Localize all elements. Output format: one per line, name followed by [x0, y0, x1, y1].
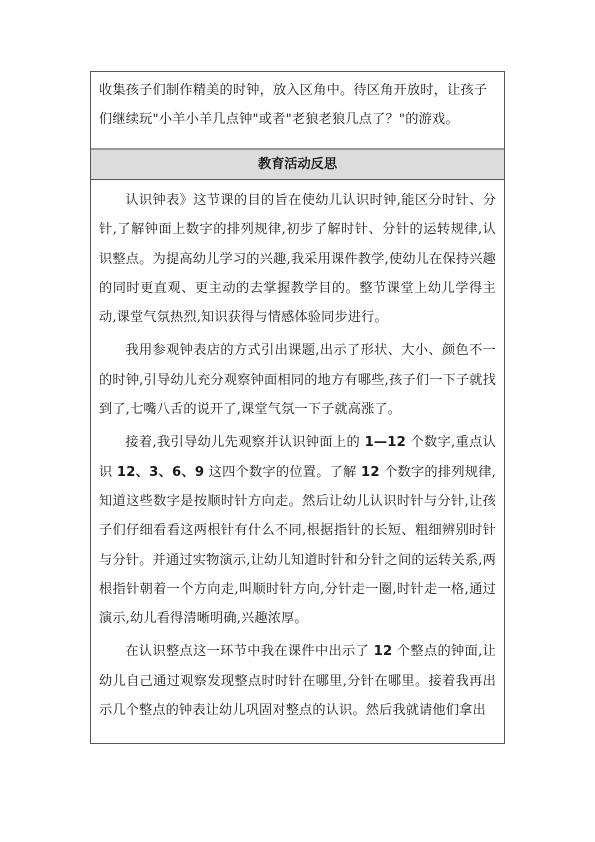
activity-extension-cell: 收集孩子们制作精美的时钟，放入区角中。待区角开放时，让孩子 们继续玩"小羊小羊几…: [91, 72, 504, 148]
text-line: 收集孩子们制作精美的时钟，放入区角中。待区角开放时，让孩子: [99, 76, 496, 105]
paragraph-4: 在认识整点这一环节中我在课件中出示了 12 个整点的钟面,让幼儿自己通过观察发现…: [99, 637, 496, 725]
text-segment: 接着,我引导幼儿先观察并认识钟面上的: [125, 435, 364, 450]
text-segment: 这四个数字的位置。了解: [204, 465, 361, 480]
paragraph-2: 我用参观钟表店的方式引出课题,出示了形状、大小、颜色不一的时钟,引导幼儿充分观察…: [99, 336, 496, 424]
paragraph-3: 接着,我引导幼儿先观察并认识钟面上的 1—12 个数字,重点认识 12、3、6、…: [99, 428, 496, 633]
text-segment: 个数字的排列规律,知道这些数字是按顺时针方向走。然后让幼儿认识时针与分针,让孩子…: [99, 465, 496, 626]
section-header: 教育活动反思: [91, 148, 504, 180]
bold-number: 12: [361, 465, 380, 480]
text-segment: 在认识整点这一环节中我在课件中出示了: [125, 644, 373, 659]
paragraph-1: 认识钟表》这节课的目的旨在使幼儿认识时钟,能区分时针、分针,了解钟面上数字的排列…: [99, 186, 496, 332]
bold-number: 1—12: [365, 435, 406, 450]
bold-number: 12、3、6、9: [117, 465, 204, 480]
reflection-cell: 认识钟表》这节课的目的旨在使幼儿认识时钟,能区分时针、分针,了解钟面上数字的排列…: [91, 180, 504, 743]
document-table: 收集孩子们制作精美的时钟，放入区角中。待区角开放时，让孩子 们继续玩"小羊小羊几…: [90, 71, 505, 744]
text-line: 们继续玩"小羊小羊几点钟"或者"老狼老狼几点了？"的游戏。: [99, 105, 496, 134]
bold-number: 12: [374, 644, 393, 659]
